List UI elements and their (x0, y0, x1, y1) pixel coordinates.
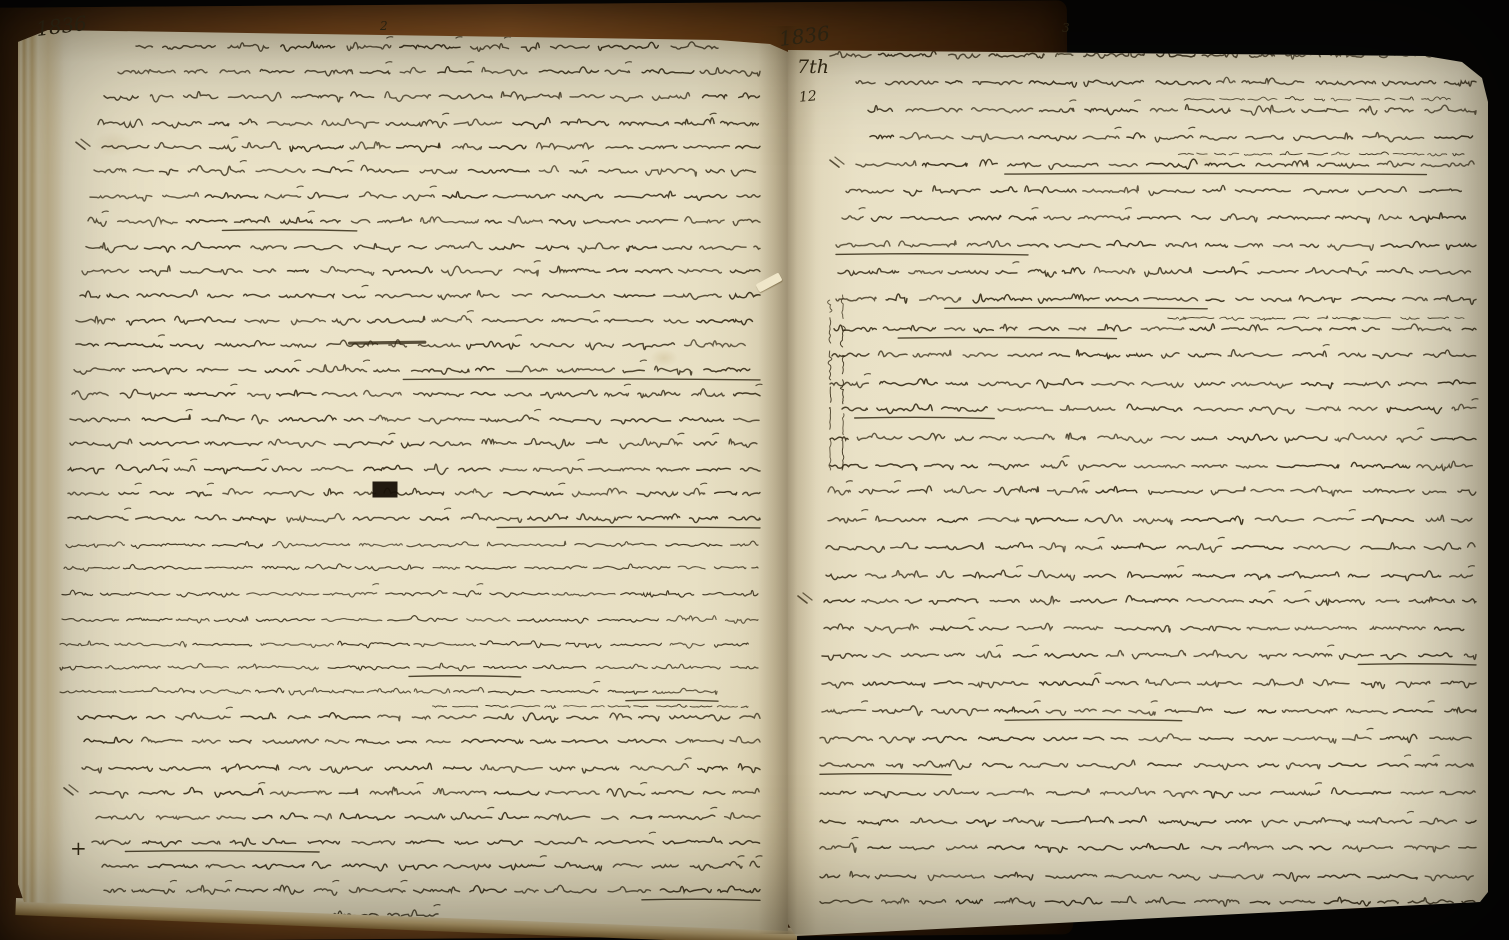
margin-plus-mark: + (70, 838, 87, 858)
margin-note-day: 7th (797, 58, 829, 77)
redacted-word (373, 482, 398, 498)
handwriting-left (18, 26, 788, 934)
left-page (18, 26, 788, 934)
gutter (758, 26, 816, 934)
year-left: 1836 (35, 13, 88, 39)
handwriting-right (786, 40, 1494, 940)
page-number-right: 3 (1062, 22, 1070, 34)
year-right: 1836 (778, 23, 831, 49)
photo-stage: 1836 2 + 1836 3 7th 12 (0, 0, 1509, 940)
right-page (786, 40, 1494, 940)
page-number-left: 2 (380, 20, 388, 32)
margin-note-number: 12 (798, 89, 817, 105)
